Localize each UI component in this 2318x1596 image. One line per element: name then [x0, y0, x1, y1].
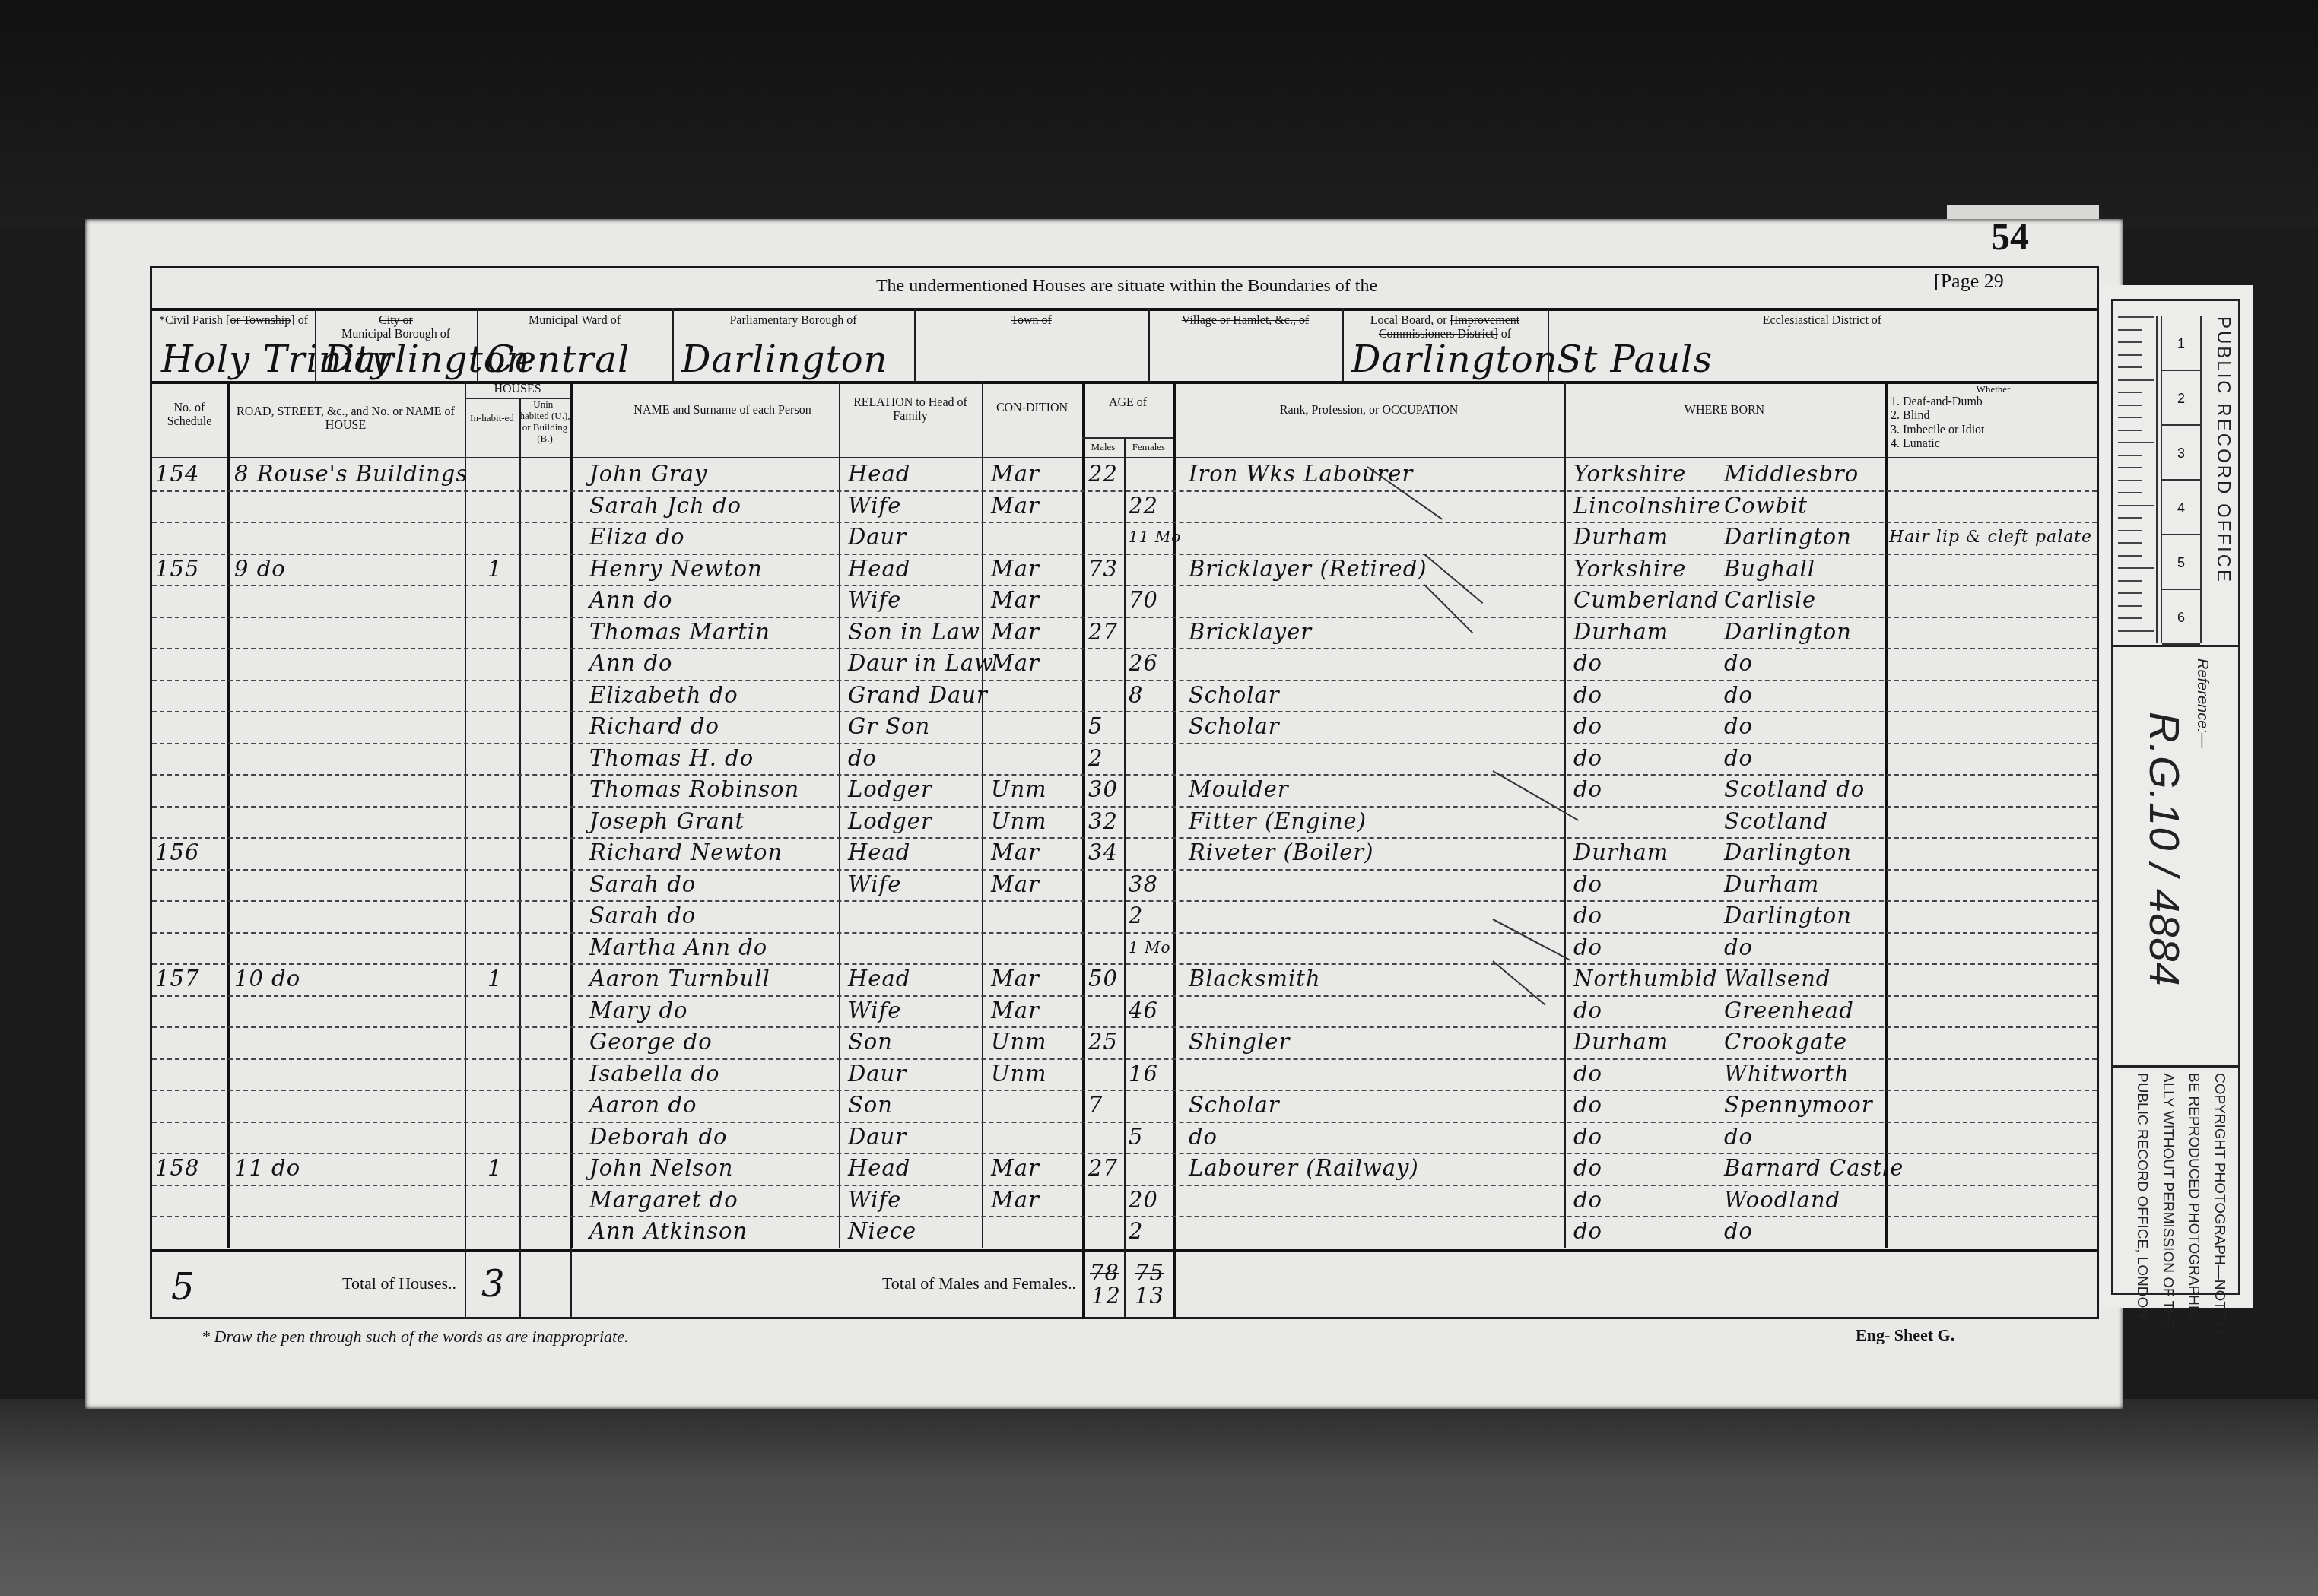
slip-office-name: PUBLIC RECORD OFFICE	[2212, 316, 2234, 584]
scale-tick	[2118, 417, 2142, 418]
occupation: Labourer (Railway)	[1189, 1153, 1419, 1184]
occupation: Scholar	[1189, 711, 1280, 742]
column-rule	[839, 381, 840, 1248]
marital-condition: Mar	[991, 458, 1040, 490]
struck-label: City or	[379, 314, 413, 327]
scale-tick	[2118, 405, 2142, 406]
relation-to-head: Head	[848, 1153, 910, 1184]
occupation: Blacksmith	[1189, 963, 1321, 995]
female-age: 2	[1129, 900, 1143, 931]
rule-line	[152, 1090, 2097, 1091]
scale-tick	[2118, 492, 2142, 493]
scale-tick	[2118, 341, 2142, 343]
rule-line	[152, 381, 2097, 384]
marital-condition: Mar	[991, 585, 1040, 616]
birth-county: do	[1573, 680, 1602, 711]
scale-tick	[2118, 392, 2142, 393]
person-name: Sarah do	[589, 869, 696, 900]
scale-tick	[2118, 480, 2142, 481]
male-age: 73	[1088, 554, 1118, 585]
scale-tick	[2118, 605, 2142, 607]
struck-label: Village or Hamlet, &c., of	[1182, 314, 1309, 327]
column-rule	[1885, 381, 1888, 1248]
birth-place: do	[1724, 711, 1753, 742]
relation-to-head: Niece	[848, 1216, 916, 1247]
person-name: Sarah Jch do	[589, 490, 741, 522]
district-label: Ecclesiastical District of	[1548, 314, 2097, 328]
district-label: Village or Hamlet, &c., of	[1148, 314, 1342, 328]
column-rule	[1124, 1248, 1126, 1318]
slip-grid-cell: 1	[2162, 316, 2200, 371]
slip-border: PUBLIC RECORD OFFICE123456Reference:—R.G…	[2111, 299, 2240, 1295]
birth-place: Wallsend	[1724, 963, 1831, 995]
person-name: Aaron Turnbull	[589, 963, 770, 995]
person-name: Ann do	[589, 648, 673, 679]
column-rule	[315, 308, 316, 381]
birth-county: Durham	[1573, 837, 1669, 868]
birth-place: Scotland do	[1724, 774, 1865, 805]
header-relation: RELATION to Head of Family	[839, 396, 982, 424]
slip-grid-cell: 4	[2162, 481, 2200, 535]
schedule-number: 156	[155, 837, 199, 868]
female-age: 26	[1129, 648, 1158, 679]
header-infirmity: Whether1. Deaf-and-Dumb2. Blind3. Imbeci…	[1891, 384, 2096, 452]
header-uninhabited: Unin-habited (U.), or Building (B.)	[519, 399, 570, 445]
column-rule	[914, 308, 916, 381]
total-houses-value: 3	[481, 1263, 506, 1306]
inhabited-count: 1	[487, 554, 502, 585]
relation-to-head: Head	[848, 458, 910, 490]
scale-tick	[2118, 580, 2142, 582]
occupation: Riveter (Boiler)	[1189, 837, 1374, 868]
rule-line	[152, 743, 2097, 744]
road-address: 10 do	[234, 963, 300, 995]
birth-place: Durham	[1724, 869, 1819, 900]
person-name: George do	[589, 1026, 713, 1058]
rule-line	[152, 900, 2097, 902]
column-rule	[570, 381, 573, 1248]
birth-county: Cumberland	[1573, 585, 1719, 616]
header-houses: HOUSES	[465, 382, 570, 396]
marital-condition: Unm	[991, 806, 1047, 837]
rule-line	[152, 1216, 2097, 1217]
scale-tick	[2118, 354, 2142, 356]
birth-county: Durham	[1573, 522, 1669, 553]
marital-condition: Unm	[991, 1026, 1047, 1058]
person-name: Richard Newton	[589, 837, 783, 868]
scale-tick	[2118, 329, 2142, 331]
birth-place: Bughall	[1724, 554, 1815, 585]
header-name: NAME and Surname of each Person	[608, 404, 837, 417]
birth-county: do	[1573, 743, 1602, 774]
rule-line	[152, 522, 2097, 523]
person-name: Elizabeth do	[589, 680, 738, 711]
birth-place: Cowbit	[1724, 490, 1808, 522]
rule-line	[152, 837, 2097, 839]
rule-line	[152, 585, 2097, 586]
birth-place: do	[1724, 648, 1753, 679]
person-name: Isabella do	[589, 1058, 719, 1090]
public-record-office-slip: PUBLIC RECORD OFFICE123456Reference:—R.G…	[2100, 285, 2253, 1308]
relation-to-head: Wife	[848, 1185, 901, 1216]
relation-to-head: Daur	[848, 522, 907, 553]
relation-to-head: Son in Law	[848, 617, 980, 648]
column-rule	[570, 1248, 572, 1318]
occupation: Scholar	[1189, 680, 1280, 711]
rule-line	[152, 1058, 2097, 1060]
total-males-struck: 78	[1090, 1260, 1119, 1286]
district-label: Town of	[914, 314, 1148, 328]
district-value: Darlington	[1351, 338, 1558, 381]
slip-grid-cell: 5	[2162, 535, 2200, 590]
rule-line	[152, 617, 2097, 618]
rule-line	[152, 680, 2097, 681]
slip-grid: 123456	[2161, 316, 2202, 643]
male-age: 50	[1088, 963, 1118, 995]
scale-tick	[2118, 630, 2154, 632]
person-name: John Nelson	[589, 1153, 734, 1184]
person-name: Joseph Grant	[589, 806, 745, 837]
birth-county: Yorkshire	[1573, 554, 1686, 585]
slip-reference-label: Reference:—	[2193, 658, 2211, 748]
marital-condition: Mar	[991, 648, 1040, 679]
occupation: Bricklayer	[1189, 617, 1312, 648]
column-rule	[519, 1248, 521, 1318]
relation-to-head: Lodger	[848, 774, 932, 805]
marital-condition: Unm	[991, 774, 1047, 805]
column-rule	[1082, 1248, 1085, 1318]
male-age: 2	[1088, 743, 1103, 774]
marital-condition: Mar	[991, 1185, 1040, 1216]
inhabited-count: 1	[487, 1153, 502, 1184]
person-name: Ann do	[589, 585, 673, 616]
marital-condition: Mar	[991, 554, 1040, 585]
header-females: Females	[1124, 442, 1173, 453]
column-rule	[465, 381, 466, 1248]
dark-background-bottom	[0, 1399, 2318, 1596]
header-males: Males	[1082, 442, 1124, 453]
birth-place: Woodland	[1724, 1185, 1840, 1216]
slip-grid-cell: 2	[2162, 371, 2200, 426]
female-age: 5	[1129, 1122, 1143, 1153]
birth-place: Darlington	[1724, 522, 1852, 553]
page-label: [Page 29	[1934, 270, 2004, 293]
scale-tick	[2118, 505, 2154, 506]
header-age: AGE of	[1082, 396, 1173, 410]
birth-county: Yorkshire	[1573, 458, 1686, 490]
relation-to-head: Wife	[848, 869, 901, 900]
rule-line	[152, 995, 2097, 997]
person-name: Thomas H. do	[589, 743, 754, 774]
male-age: 32	[1088, 806, 1118, 837]
rule-line	[152, 308, 2097, 311]
slip-copyright-line: COPYRIGHT PHOTOGRAPH—NOT TO	[2211, 1073, 2228, 1333]
female-age: 70	[1129, 585, 1158, 616]
rule-line	[152, 1122, 2097, 1123]
birth-county: do	[1573, 1185, 1602, 1216]
marital-condition: Mar	[991, 617, 1040, 648]
infirmity: Hair lip & cleft palate	[1889, 522, 2092, 553]
female-age: 20	[1129, 1185, 1158, 1216]
rule-line	[465, 398, 570, 399]
district-label: *Civil Parish [or Township] of	[152, 314, 315, 328]
person-name: Henry Newton	[589, 554, 763, 585]
marital-condition: Unm	[991, 1058, 1047, 1090]
road-address: 11 do	[234, 1153, 300, 1184]
inhabited-count: 1	[487, 963, 502, 995]
schedule-number: 157	[155, 963, 199, 995]
scale-tick	[2118, 467, 2142, 468]
column-rule	[1173, 381, 1176, 1248]
rule-line	[152, 554, 2097, 555]
female-age: 38	[1129, 869, 1158, 900]
birth-place: Darlington	[1724, 900, 1852, 931]
slip-scale	[2118, 316, 2158, 643]
person-name: Aaron do	[589, 1090, 697, 1121]
male-age: 7	[1088, 1090, 1103, 1121]
struck-label: or Township	[230, 314, 291, 327]
rule-line	[152, 490, 2097, 492]
birth-county: do	[1573, 774, 1602, 805]
female-age: 2	[1129, 1216, 1143, 1247]
marital-condition: Mar	[991, 1153, 1040, 1184]
rule-line	[152, 963, 2097, 965]
female-age: 22	[1129, 490, 1158, 522]
column-rule	[1124, 437, 1126, 1248]
total-houses-label: Total of Houses..	[228, 1274, 456, 1293]
column-rule	[1148, 308, 1150, 381]
district-label: Parliamentary Borough of	[672, 314, 914, 328]
birth-place: Carlisle	[1724, 585, 1816, 616]
person-name: Mary do	[589, 995, 687, 1026]
person-name: Margaret do	[589, 1185, 738, 1216]
slip-grid-cell: 6	[2162, 590, 2200, 645]
relation-to-head: Gr Son	[848, 711, 930, 742]
scale-tick	[2118, 442, 2154, 443]
total-females-struck: 75	[1135, 1260, 1164, 1286]
slip-copyright-line: ALLY WITHOUT PERMISSION OF THE	[2159, 1073, 2176, 1329]
census-form: The undermentioned Houses are situate wi…	[150, 266, 2099, 1319]
marital-condition: Mar	[991, 490, 1040, 522]
person-name: Martha Ann do	[589, 932, 767, 963]
slip-copyright-line: BE REPRODUCED PHOTOGRAPHIC-	[2185, 1073, 2202, 1325]
rule-line	[152, 1185, 2097, 1186]
marital-condition: Mar	[991, 995, 1040, 1026]
birth-county: do	[1573, 711, 1602, 742]
birth-place: Darlington	[1724, 837, 1852, 868]
occupation: Fitter (Engine)	[1189, 806, 1367, 837]
birth-place: do	[1724, 680, 1753, 711]
relation-to-head: Head	[848, 963, 910, 995]
person-name: Deborah do	[589, 1122, 728, 1153]
form-title: The undermentioned Houses are situate wi…	[152, 276, 2101, 297]
header-road: ROAD, STREET, &c., and No. or NAME of HO…	[227, 405, 465, 433]
slip-grid-cell: 3	[2162, 426, 2200, 481]
occupation: Bricklayer (Retired)	[1189, 554, 1427, 585]
marital-condition: Mar	[991, 837, 1040, 868]
relation-to-head: Head	[848, 837, 910, 868]
occupation: Scholar	[1189, 1090, 1280, 1121]
relation-to-head: Daur in Law	[848, 648, 994, 679]
birth-county: Durham	[1573, 1026, 1669, 1058]
marital-condition: Mar	[991, 963, 1040, 995]
relation-to-head: Wife	[848, 995, 901, 1026]
total-males: 12	[1091, 1283, 1121, 1309]
birth-place: Whitworth	[1724, 1058, 1850, 1090]
birth-place: Greenhead	[1724, 995, 1854, 1026]
male-age: 34	[1088, 837, 1118, 868]
person-name: Thomas Robinson	[589, 774, 799, 805]
header-where-born: WHERE BORN	[1564, 404, 1885, 417]
scale-tick	[2118, 542, 2142, 544]
marital-condition: Mar	[991, 869, 1040, 900]
total-females: 13	[1135, 1283, 1164, 1309]
rule-line	[152, 1153, 2097, 1154]
slip-copyright-line: PUBLIC RECORD OFFICE, LONDON	[2133, 1073, 2150, 1318]
birth-place: do	[1724, 1122, 1753, 1153]
birth-county: do	[1573, 1058, 1602, 1090]
relation-to-head: Son	[848, 1090, 893, 1121]
column-rule	[672, 308, 674, 381]
scale-tick	[2118, 430, 2142, 431]
birth-county: Northumbld	[1573, 963, 1718, 995]
scale-tick	[2118, 316, 2154, 318]
district-value: Darlington	[681, 338, 888, 381]
birth-county: do	[1573, 932, 1602, 963]
column-rule	[465, 1248, 466, 1318]
rule-line	[152, 1026, 2097, 1028]
column-rule	[1082, 381, 1085, 1248]
occupation: do	[1189, 1122, 1218, 1153]
dark-background-top	[0, 0, 2318, 228]
birth-county: do	[1573, 995, 1602, 1026]
male-age: 22	[1088, 458, 1118, 490]
total-persons-label: Total of Males and Females..	[684, 1274, 1076, 1293]
folio-number: 54	[1991, 214, 2029, 259]
header-schedule: No. of Schedule	[152, 401, 227, 430]
female-age: 8	[1129, 680, 1143, 711]
column-rule	[1173, 1248, 1176, 1318]
rule-line	[152, 806, 2097, 808]
road-address: 8 Rouse's Buildings	[234, 458, 468, 490]
birth-county: Lincolnshire	[1573, 490, 1722, 522]
relation-to-head: Head	[848, 554, 910, 585]
scale-tick	[2118, 379, 2154, 381]
relation-to-head: Wife	[848, 490, 901, 522]
relation-to-head: Son	[848, 1026, 893, 1058]
total-schedules: 5	[171, 1266, 195, 1309]
column-rule	[519, 398, 521, 1248]
person-name: Thomas Martin	[589, 617, 770, 648]
male-age: 5	[1088, 711, 1103, 742]
birth-county: do	[1573, 869, 1602, 900]
header-inhabited: In-habit-ed	[465, 413, 519, 424]
birth-place: Scotland	[1724, 806, 1828, 837]
relation-to-head: Daur	[848, 1122, 907, 1153]
scale-tick	[2118, 517, 2142, 519]
female-age: 16	[1129, 1058, 1158, 1090]
slip-divider	[2113, 1065, 2238, 1068]
occupation: Shingler	[1189, 1026, 1290, 1058]
rule-line	[152, 648, 2097, 649]
rule-line	[152, 869, 2097, 871]
occupation: Moulder	[1189, 774, 1289, 805]
slip-reference-value: R.G.10 / 4884	[2140, 712, 2189, 987]
schedule-number: 158	[155, 1153, 199, 1184]
male-age: 27	[1088, 617, 1118, 648]
scale-tick	[2118, 555, 2142, 557]
scale-tick	[2118, 592, 2142, 594]
schedule-number: 154	[155, 458, 199, 490]
scale-tick	[2118, 530, 2142, 531]
birth-county: do	[1573, 648, 1602, 679]
rule-line	[1082, 437, 1173, 439]
district-value: Central	[486, 338, 630, 381]
birth-place: Spennymoor	[1724, 1090, 1873, 1121]
header-occupation: Rank, Profession, or OCCUPATION	[1173, 404, 1564, 417]
birth-county: do	[1573, 900, 1602, 931]
male-age: 30	[1088, 774, 1118, 805]
column-rule	[1548, 308, 1549, 381]
birth-place: Middlesbro	[1724, 458, 1859, 490]
relation-to-head: do	[848, 743, 877, 774]
person-name: John Gray	[589, 458, 707, 490]
person-name: Richard do	[589, 711, 719, 742]
header-condition: CON-DITION	[982, 401, 1082, 415]
birth-county: do	[1573, 1090, 1602, 1121]
road-address: 9 do	[234, 554, 286, 585]
male-age: 27	[1088, 1153, 1118, 1184]
person-name: Ann Atkinson	[589, 1216, 748, 1247]
male-age: 25	[1088, 1026, 1118, 1058]
scale-tick	[2118, 567, 2154, 569]
person-name: Eliza do	[589, 522, 685, 553]
birth-county: do	[1573, 1153, 1602, 1184]
footnote: * Draw the pen through such of the words…	[202, 1327, 628, 1346]
birth-county: do	[1573, 1122, 1602, 1153]
female-age: 46	[1129, 995, 1158, 1026]
scale-tick	[2118, 366, 2142, 368]
birth-place: do	[1724, 932, 1753, 963]
birth-county: Durham	[1573, 617, 1669, 648]
slip-divider	[2113, 645, 2238, 647]
relation-to-head: Grand Daur	[848, 680, 988, 711]
column-rule	[227, 381, 230, 1248]
district-value: St Pauls	[1557, 338, 1713, 381]
column-rule	[1342, 308, 1344, 381]
birth-place: Crookgate	[1724, 1026, 1847, 1058]
birth-place: Barnard Castle	[1724, 1153, 1904, 1184]
birth-place: do	[1724, 743, 1753, 774]
schedule-number: 155	[155, 554, 199, 585]
female-age: 1 Mo	[1129, 932, 1171, 963]
birth-place: do	[1724, 1216, 1753, 1247]
birth-place: Darlington	[1724, 617, 1852, 648]
relation-to-head: Wife	[848, 585, 901, 616]
rule-line	[152, 774, 2097, 776]
scale-tick	[2118, 617, 2142, 619]
sheet-label: Eng- Sheet G.	[1856, 1325, 1954, 1344]
birth-county: do	[1573, 1216, 1602, 1247]
column-rule	[477, 308, 478, 381]
relation-to-head: Daur	[848, 1058, 907, 1090]
rule-line	[152, 932, 2097, 934]
rule-line	[152, 711, 2097, 712]
scale-tick	[2118, 455, 2142, 456]
column-rule	[982, 381, 983, 1248]
district-label: Municipal Ward of	[477, 314, 672, 328]
person-name: Sarah do	[589, 900, 696, 931]
